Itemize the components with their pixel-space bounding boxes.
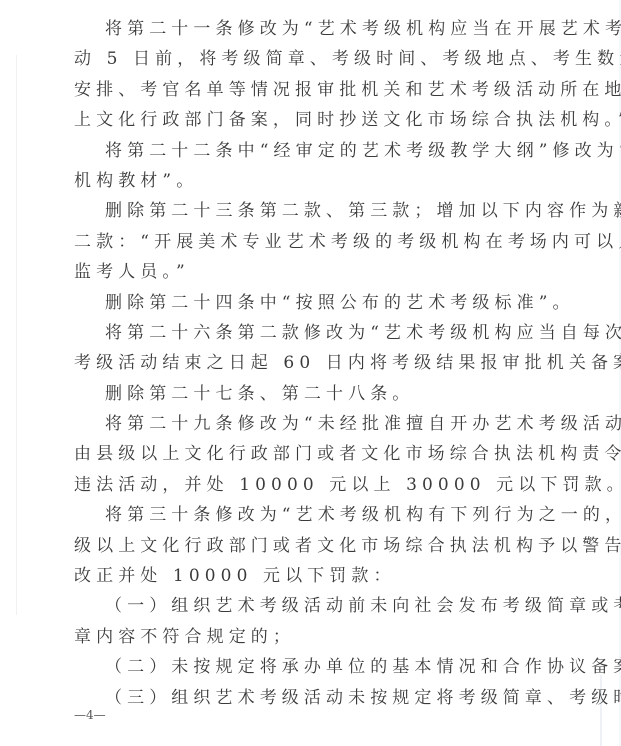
- text-line: 动 5 日前，将考级简章、考级时间、考级地点、考生数量、考场: [74, 44, 552, 74]
- text-line: 将第二十九条修改为“未经批准擅自开办艺术考级活动的，: [74, 409, 552, 439]
- document-body: 将第二十一条修改为“艺术考级机构应当在开展艺术考级活 动 5 日前，将考级简章、…: [74, 14, 552, 713]
- text-line: 将第三十条修改为“艺术考级机构有下列行为之一的，由县: [74, 500, 552, 530]
- text-line: 改正并处 10000 元以下罚款：: [74, 561, 552, 591]
- scan-edge-left: [16, 55, 17, 615]
- text-line: 删除第二十四条中“按照公布的艺术考级标准”。: [74, 288, 552, 318]
- text-line: （二）未按规定将承办单位的基本情况和合作协议备案的；: [74, 652, 552, 682]
- text-line: 安排、考官名单等情况报审批机关和艺术考级活动所在地县级以: [74, 75, 552, 105]
- text-line: 将第二十二条中“经审定的艺术考级教学大纲”修改为“本: [74, 136, 552, 166]
- text-line: 级以上文化行政部门或者文化市场综合执法机构予以警告，责令: [74, 531, 552, 561]
- text-line: 删除第二十七条、第二十八条。: [74, 379, 552, 409]
- text-line: 将第二十一条修改为“艺术考级机构应当在开展艺术考级活: [74, 14, 552, 44]
- page-number: —4—: [74, 708, 106, 722]
- text-line: 考级活动结束之日起 60 日内将考级结果报审批机关备案。”: [74, 348, 552, 378]
- scan-edge-right-lower: [600, 675, 602, 746]
- text-line: （三）组织艺术考级活动未按规定将考级简章、考级时间、: [74, 683, 552, 713]
- text-line: （一）组织艺术考级活动前未向社会发布考级简章或考级简: [74, 591, 552, 621]
- text-line: 将第二十六条第二款修改为“艺术考级机构应当自每次艺术: [74, 318, 552, 348]
- text-line: 由县级以上文化行政部门或者文化市场综合执法机构责令停止: [74, 439, 552, 469]
- text-line: 监考人员。”: [74, 257, 552, 287]
- text-line: 机构教材”。: [74, 166, 552, 196]
- text-line: 章内容不符合规定的；: [74, 622, 552, 652]
- document-page: 将第二十一条修改为“艺术考级机构应当在开展艺术考级活 动 5 日前，将考级简章、…: [0, 0, 621, 746]
- text-line: 删除第二十三条第二款、第三款；增加以下内容作为新的第: [74, 196, 552, 226]
- text-line: 上文化行政部门备案，同时抄送文化市场综合执法机构。”: [74, 105, 552, 135]
- text-line: 二款：“开展美术专业艺术考级的考级机构在考场内可以只派遣: [74, 227, 552, 257]
- text-line: 违法活动，并处 10000 元以上 30000 元以下罚款。”: [74, 470, 552, 500]
